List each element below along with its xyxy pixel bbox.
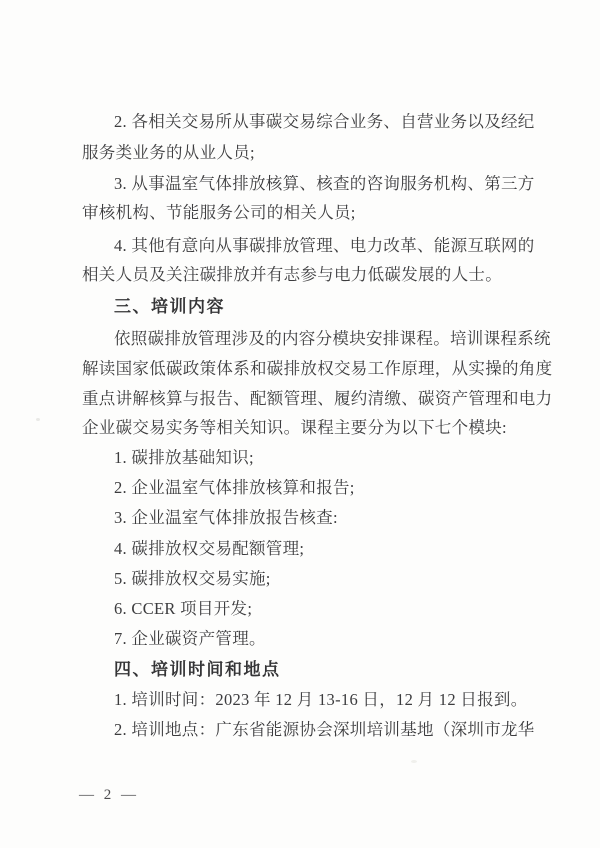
scan-smudge (36, 418, 40, 421)
module-item-7: 7. 企业碳资产管理。 (114, 630, 266, 649)
scanned-document-page: 2. 各相关交易所从事碳交易综合业务、自营业务以及经纪 服务类业务的从业人员; … (0, 0, 600, 848)
time-place-item-1: 1. 培训时间：2023 年 12 月 13-16 日，12 月 12 日报到。 (114, 691, 528, 710)
module-item-3: 3. 企业温室气体排放报告核查: (114, 509, 338, 528)
training-intro-line-1: 依照碳排放管理涉及的内容分模块安排课程。培训课程系统 (114, 330, 551, 349)
module-item-1: 1. 碳排放基础知识; (114, 449, 254, 468)
audience-item-4-line-1: 4. 其他有意向从事碳排放管理、电力改革、能源互联网的 (114, 237, 535, 256)
module-item-4: 4. 碳排放权交易配额管理; (114, 540, 304, 559)
time-place-item-2: 2. 培训地点：广东省能源协会深圳培训基地（深圳市龙华 (114, 721, 535, 740)
module-item-2: 2. 企业温室气体排放核算和报告; (114, 479, 355, 498)
audience-item-3-line-1: 3. 从事温室气体排放核算、核查的咨询服务机构、第三方 (114, 175, 535, 194)
audience-item-2-line-2: 服务类业务的从业人员; (82, 144, 255, 163)
page-number: — 2 — (79, 787, 139, 804)
module-item-5: 5. 碳排放权交易实施; (114, 570, 271, 589)
audience-item-2-line-1: 2. 各相关交易所从事碳交易综合业务、自营业务以及经纪 (114, 113, 535, 132)
audience-item-3-line-2: 审核机构、节能服务公司的相关人员; (82, 204, 356, 223)
training-intro-line-3: 重点讲解核算与报告、配额管理、履约清缴、碳资产管理和电力 (82, 390, 552, 409)
module-item-6: 6. CCER 项目开发; (114, 600, 252, 619)
training-intro-line-4: 企业碳交易实务等相关知识。课程主要分为以下七个模块: (82, 419, 507, 438)
section-heading-training-content: 三、培训内容 (114, 297, 225, 317)
scan-smudge (411, 760, 417, 763)
training-intro-line-2: 解读国家低碳政策体系和碳排放权交易工作原理，从实操的角度 (82, 360, 552, 379)
section-heading-time-place: 四、培训时间和地点 (114, 660, 281, 680)
audience-item-4-line-2: 相关人员及关注碳排放并有志参与电力低碳发展的人士。 (82, 266, 502, 285)
